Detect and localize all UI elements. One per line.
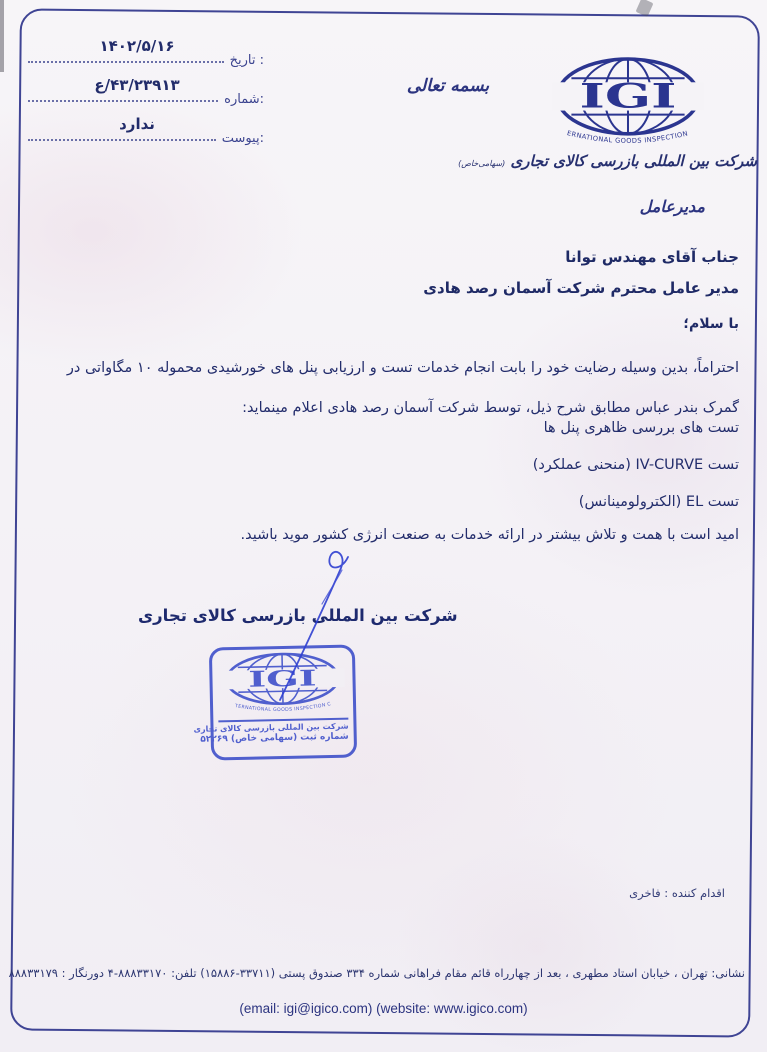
body-paragraph: احتراماً، بدین وسیله رضایت خود را بابت ا… [32, 348, 739, 428]
test-item-el: تست EL (الکترولومینانس) [533, 491, 739, 513]
attachment-field: ندارد پیوست: [28, 108, 264, 146]
stamp-registration-number: شماره ثبت (سهامی خاص) ۵۲۲۶۹ [219, 732, 349, 745]
company-name-text: شرکت بین المللی بازرسی کالای تجاری [510, 152, 757, 170]
handler-note: اقدام کننده : فاخری [629, 886, 725, 900]
number-label: شماره: [224, 92, 264, 107]
attachment-label: پیوست: [222, 131, 264, 146]
igi-globe-icon: IGI INTERNATIONAL GOODS INSPECTION CO [550, 56, 706, 152]
role-title: مدیرعامل [640, 197, 705, 216]
date-label: تاریخ : [230, 53, 264, 68]
stamp-text-block: شرکت بین المللی بازرسی کالای تجاری شماره… [218, 718, 348, 745]
reference-fields: ۱۴۰۲/۵/۱۶ تاریخ : ۴۳/۲۳۹۱۳/ع شماره: ندار… [28, 30, 264, 147]
dotted-line [28, 100, 218, 102]
test-items-list: تست های بررسی ظاهری پنل ها تست IV-CURVE … [533, 417, 739, 528]
logo-acronym: IGI [579, 77, 676, 116]
scan-artifact-top-smudge [636, 0, 654, 17]
scan-artifact-left-edge [0, 0, 4, 72]
number-field: ۴۳/۲۳۹۱۳/ع شماره: [28, 69, 264, 107]
test-item-iv-curve: تست IV-CURVE (منحنی عملکرد) [533, 454, 739, 476]
signature-ink [262, 542, 377, 707]
company-name-suffix: (سهامی‌خاص) [458, 159, 505, 168]
footer-address: نشانی: تهران ، خیابان استاد مطهری ، بعد … [22, 966, 745, 980]
footer-contact: (email: igi@igico.com) (website: www.igi… [0, 1001, 767, 1016]
test-item-visual-inspection: تست های بررسی ظاهری پنل ها [533, 417, 739, 439]
dotted-line [28, 139, 216, 141]
salutation: با سلام؛ [423, 316, 739, 332]
recipient-name: جناب آقای مهندس توانا [423, 248, 739, 266]
closing-line: امید است با همت و تلاش بیشتر در ارائه خد… [241, 527, 740, 543]
date-field: ۱۴۰۲/۵/۱۶ تاریخ : [28, 30, 264, 68]
recipient-block: جناب آقای مهندس توانا مدیر عامل محترم شر… [423, 248, 739, 332]
recipient-title: مدیر عامل محترم شرکت آسمان رصد هادی [423, 279, 739, 297]
bismillah-text: بسمه تعالی [388, 76, 508, 96]
igi-logo: IGI INTERNATIONAL GOODS INSPECTION CO [550, 56, 706, 156]
dotted-line [28, 61, 224, 63]
company-name-calligraphy: شرکت بین المللی بازرسی کالای تجاری (سهام… [517, 152, 757, 170]
